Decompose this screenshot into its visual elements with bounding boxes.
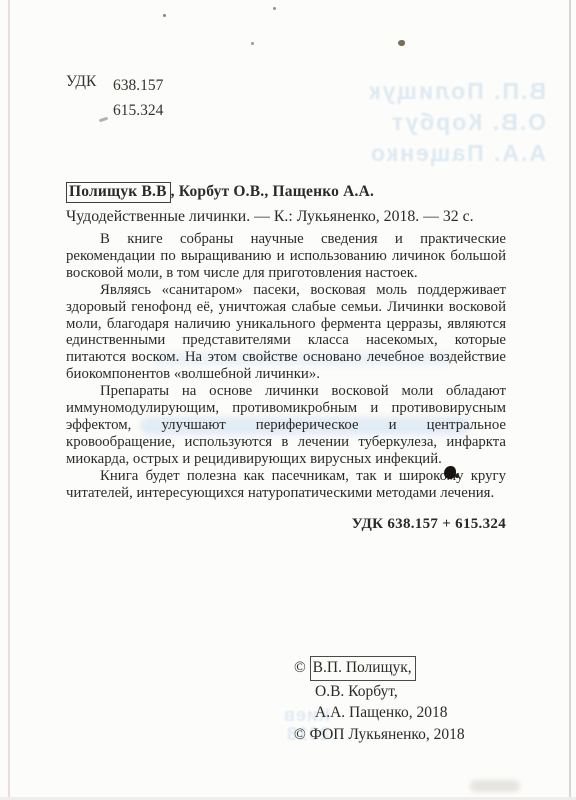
udk-sum-line: УДК 638.157 + 615.324	[66, 516, 506, 533]
annotation-text: В книге собраны научные сведения и практ…	[66, 231, 506, 502]
author-highlight-box: Полищук В.В	[66, 182, 171, 203]
dust-speck	[163, 14, 166, 17]
udk-numbers: 638.157 615.324	[113, 73, 163, 123]
citation-authors: Полищук В.В, Корбут О.В., Пащенко А.А.	[66, 182, 508, 203]
scan-smudge	[470, 780, 520, 792]
copyright-line-4: © ФОП Лукьяненко, 2018	[294, 724, 465, 746]
copyright-symbol: ©	[294, 659, 306, 676]
scanned-book-copyright-page: В.П. Полищук О.В. Корбут А.А. Пащенко Ки…	[0, 0, 576, 800]
dust-speck	[398, 40, 405, 46]
copyright-line-1: © В.П. Полищук,	[294, 656, 465, 681]
copyright-line-2: О.В. Корбут,	[294, 681, 465, 703]
copyright-block: © В.П. Полищук, О.В. Корбут, А.А. Пащенк…	[294, 656, 465, 745]
copyright-line-3: А.А. Пащенко, 2018	[294, 702, 465, 724]
annotation-paragraph-2: Являясь «санитаром» пасеки, восковая мол…	[66, 282, 506, 383]
bleedthrough-line: О.В. Корбут	[310, 107, 546, 138]
scan-right-edge-line	[569, 0, 571, 800]
dust-speck	[273, 7, 276, 10]
bleedthrough-line: А.А. Пащенко	[310, 138, 546, 169]
ink-blot	[444, 466, 456, 479]
dust-speck	[251, 42, 254, 45]
udk-label: УДК	[66, 73, 113, 123]
scan-left-edge-line	[8, 0, 10, 800]
citation-title-line: Чудодейственные личинки. — К.: Лукьяненк…	[66, 208, 508, 226]
udk-number-1: 638.157	[113, 73, 163, 98]
ink-blot-dot	[455, 474, 459, 478]
annotation-paragraph-4: Книга будет полезна как пасечникам, так …	[66, 468, 506, 502]
bleedthrough-line: В.П. Полищук	[310, 76, 546, 107]
citation-authors-rest: , Корбут О.В., Пащенко А.А.	[171, 183, 374, 200]
annotation-paragraph-1: В книге собраны научные сведения и практ…	[66, 231, 506, 282]
udk-classification-block: УДК 638.157 615.324	[66, 73, 163, 123]
copyright-author-highlight-box: В.П. Полищук,	[310, 656, 416, 681]
annotation-paragraph-3: Препараты на основе личинки восковой мол…	[66, 383, 506, 468]
bibliographic-citation: Полищук В.В, Корбут О.В., Пащенко А.А. Ч…	[66, 182, 508, 226]
bleedthrough-author-names: В.П. Полищук О.В. Корбут А.А. Пащенко	[310, 76, 546, 169]
udk-number-2: 615.324	[113, 98, 163, 123]
